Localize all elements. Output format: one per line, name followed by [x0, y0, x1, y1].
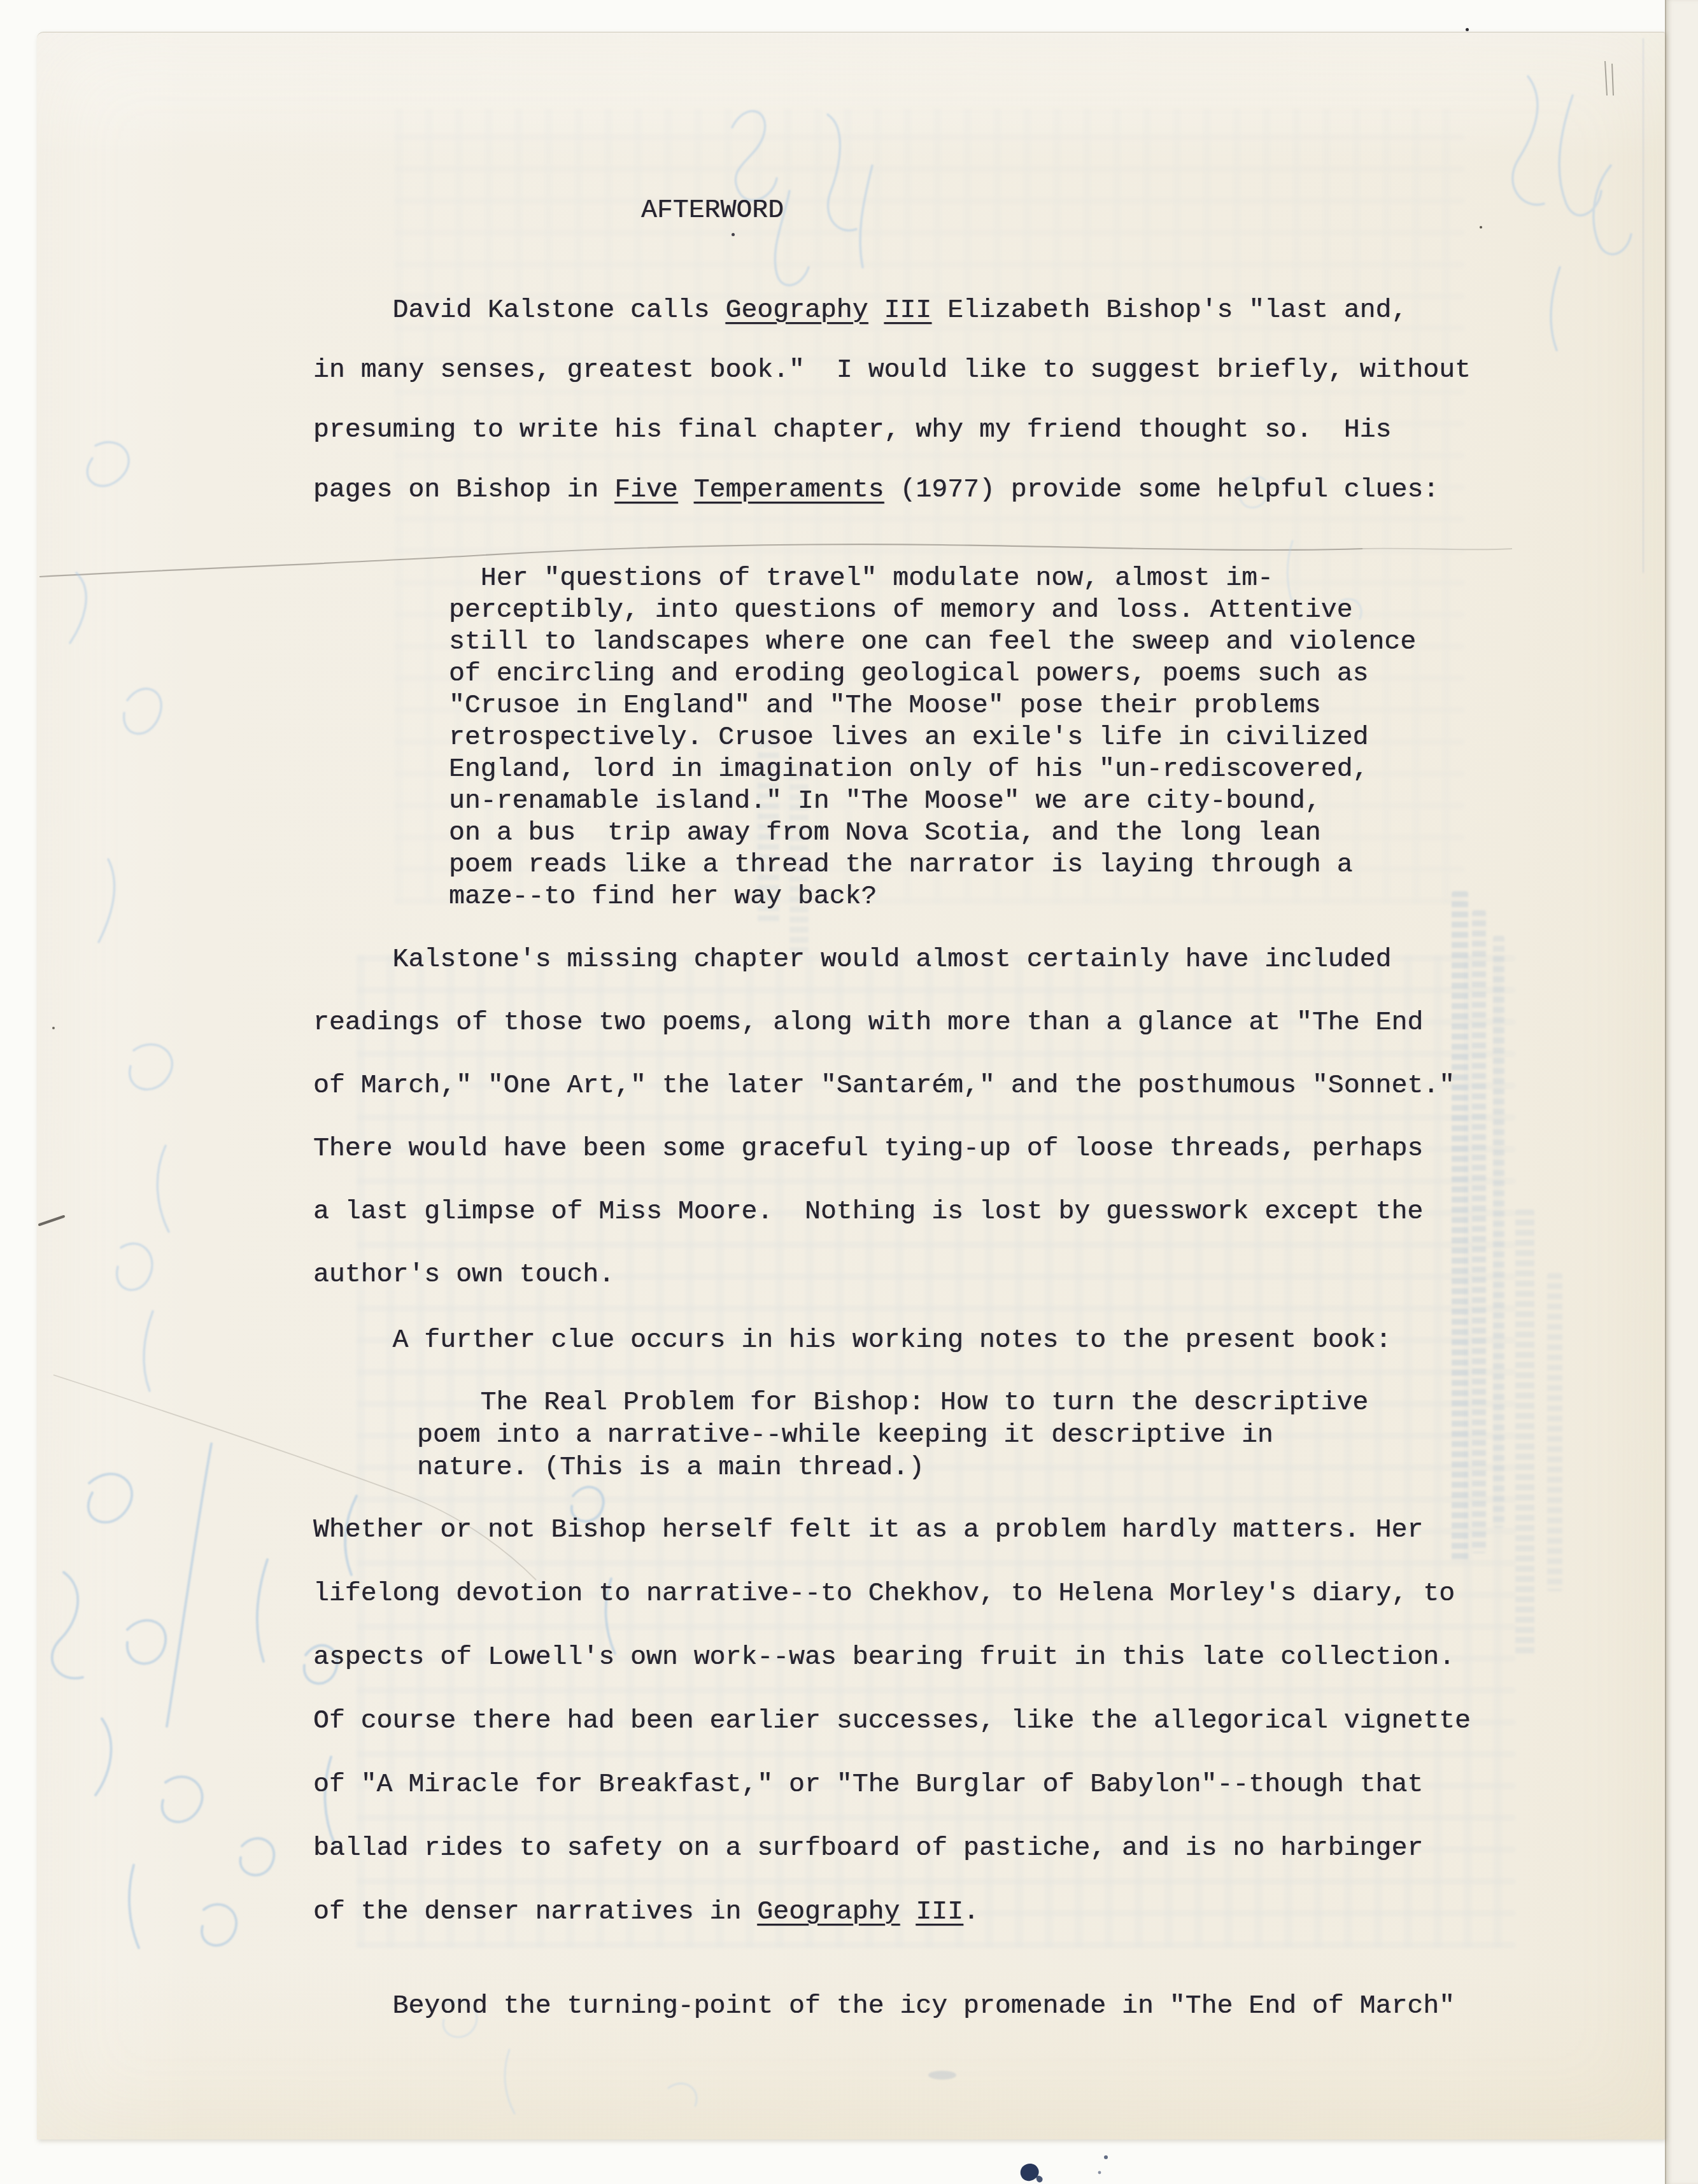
bleedthrough-hairline	[1643, 38, 1644, 573]
paragraph: Kalstone's missing chapter would almost …	[313, 928, 1455, 1306]
text-line: poem into a narrative--while keeping it …	[417, 1419, 1368, 1451]
text-line: The Real Problem for Bishop: How to turn…	[417, 1386, 1368, 1419]
text-line: perceptibly, into questions of memory an…	[449, 595, 1416, 626]
scanned-typescript-page: AFTERWORD David Kalstone calls Geography…	[0, 0, 1698, 2184]
text-line: on a bus trip away from Nova Scotia, and…	[449, 817, 1416, 849]
text-line: still to landscapes where one can feel t…	[449, 626, 1416, 658]
text-line: "Crusoe in England" and "The Moose" pose…	[449, 690, 1416, 722]
paper-speck	[52, 1027, 55, 1029]
text-line: pages on Bishop in Five Temperaments (19…	[313, 460, 1471, 520]
bleedthrough-typed-column	[1547, 1273, 1562, 1591]
paper-speck	[732, 233, 735, 236]
paragraph: Beyond the turning-point of the icy prom…	[313, 1993, 1455, 2020]
text-line: presuming to write his final chapter, wh…	[313, 400, 1471, 460]
ink-blot	[1021, 2155, 1108, 2182]
block-quote: Her "questions of travel" modulate now, …	[449, 563, 1416, 913]
document-title: AFTERWORD	[641, 196, 784, 225]
text-line: lifelong devotion to narrative--to Chekh…	[313, 1562, 1471, 1626]
paragraph: David Kalstone calls Geography III Eliza…	[313, 281, 1471, 520]
paragraph: Whether or not Bishop herself felt it as…	[313, 1498, 1471, 1944]
text-line: of "A Miracle for Breakfast," or "The Bu…	[313, 1753, 1471, 1817]
text-line: Beyond the turning-point of the icy prom…	[313, 1993, 1455, 2020]
text-line: of the denser narratives in Geography II…	[313, 1880, 1471, 1944]
text-line: Of course there had been earlier success…	[313, 1689, 1471, 1753]
text-line: aspects of Lowell's own work--was bearin…	[313, 1626, 1471, 1689]
bleedthrough-typed-column	[1472, 910, 1486, 1553]
text-line: Whether or not Bishop herself felt it as…	[313, 1498, 1471, 1562]
text-line: of March," "One Art," the later "Santaré…	[313, 1054, 1455, 1117]
text-line: David Kalstone calls Geography III Eliza…	[313, 281, 1471, 341]
text-line: of encircling and eroding geological pow…	[449, 658, 1416, 690]
text-line: A further clue occurs in his working not…	[313, 1327, 1391, 1354]
text-line: maze--to find her way back?	[449, 881, 1416, 913]
text-line: Kalstone's missing chapter would almost …	[313, 928, 1455, 991]
text-line: readings of those two poems, along with …	[313, 991, 1455, 1054]
paper-speck	[1466, 28, 1469, 31]
bleedthrough-typed-column	[1493, 936, 1504, 1528]
text-line: There would have been some graceful tyin…	[313, 1117, 1455, 1180]
paragraph: A further clue occurs in his working not…	[313, 1327, 1391, 1354]
text-line: author's own touch.	[313, 1243, 1455, 1306]
text-line: nature. (This is a main thread.)	[417, 1451, 1368, 1484]
text-line: England, lord in imagination only of his…	[449, 754, 1416, 786]
text-line: ballad rides to safety on a surfboard of…	[313, 1817, 1471, 1880]
bleedthrough-typed-column	[1515, 1209, 1534, 1655]
text-line: un-renamable island." In "The Moose" we …	[449, 786, 1416, 817]
block-quote: The Real Problem for Bishop: How to turn…	[417, 1386, 1368, 1484]
text-line: in many senses, greatest book." I would …	[313, 341, 1471, 400]
text-line: retrospectively. Crusoe lives an exile's…	[449, 722, 1416, 754]
paper-speck	[1480, 226, 1482, 229]
text-line: poem reads like a thread the narrator is…	[449, 849, 1416, 881]
text-line: Her "questions of travel" modulate now, …	[449, 563, 1416, 595]
text-line: a last glimpse of Miss Moore. Nothing is…	[313, 1180, 1455, 1243]
page-right-edge	[1665, 0, 1698, 2184]
